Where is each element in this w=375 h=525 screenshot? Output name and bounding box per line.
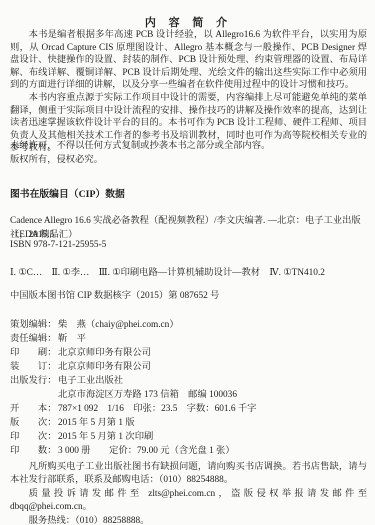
- colophon: 策划编辑：柴 燕（chaiy@phei.com.cn） 责任编辑：靳 平 印 刷…: [10, 318, 367, 458]
- colophon-label: [10, 388, 58, 402]
- notice-service-hotline: 服务热线：（010）88258888。: [10, 515, 367, 525]
- colophon-row-planning-editor: 策划编辑：柴 燕（chaiy@phei.com.cn）: [10, 318, 367, 332]
- colophon-value: 2015 年 5 月第 1 次印刷: [58, 430, 367, 444]
- colophon-row-publisher: 出版发行：电子工业出版社: [10, 374, 367, 388]
- colophon-label: 出版发行：: [10, 374, 58, 388]
- colophon-row-responsible-editor: 责任编辑：靳 平: [10, 332, 367, 346]
- cip-series: （EDA 精品汇）: [10, 226, 367, 240]
- colophon-label: 印 刷：: [10, 346, 58, 360]
- notice-complaint-emails: 质量投诉请发邮件至 zlts@phei.com.cn，盗版侵权举报请发邮件至 d…: [10, 488, 367, 515]
- copyright-line-1: 未经许可，不得以任何方式复制或抄袭本书之部分或全部内容。: [10, 139, 367, 153]
- colophon-label: 印 数：: [10, 444, 58, 458]
- colophon-row-binder: 装 订：北京京师印务有限公司: [10, 360, 367, 374]
- colophon-row-publisher-address: 北京市海淀区万寿路 173 信箱 邮编 100036: [10, 388, 367, 402]
- book-copyright-page: 内 容 简 介 本书是编者根据多年高速 PCB 设计经验，以 Allegro16…: [0, 0, 375, 525]
- colophon-row-edition: 版 次：2015 年 5 月第 1 版: [10, 416, 367, 430]
- colophon-row-format: 开 本：787×1 092 1/16 印张：23.5 字数：601.6 千字: [10, 402, 367, 416]
- page-title: 内 容 简 介: [10, 14, 367, 30]
- colophon-label: 责任编辑：: [10, 332, 58, 346]
- cip-registry-number: 中国版本图书馆 CIP 数据核字（2015）第 087652 号: [10, 287, 367, 301]
- colophon-label: 开 本：: [10, 402, 58, 416]
- content-summary: 本书是编者根据多年高速 PCB 设计经验，以 Allegro16.6 为软件平台…: [10, 29, 367, 155]
- colophon-value: 电子工业出版社: [58, 374, 367, 388]
- notice-exchange: 凡所购买电子工业出版社图书有缺损问题，请向购买书店调换。若书店售缺，请与本社发行…: [10, 461, 367, 488]
- colophon-label: 装 订：: [10, 360, 58, 374]
- colophon-value: 787×1 092 1/16 印张：23.5 字数：601.6 千字: [58, 402, 367, 416]
- colophon-value: 2015 年 5 月第 1 版: [58, 416, 367, 430]
- colophon-value: 北京市海淀区万寿路 173 信箱 邮编 100036: [58, 388, 367, 402]
- colophon-label: 版 次：: [10, 416, 58, 430]
- summary-paragraph-1: 本书是编者根据多年高速 PCB 设计经验，以 Allegro16.6 为软件平台…: [10, 29, 367, 92]
- copyright-line-2: 版权所有，侵权必究。: [10, 153, 367, 167]
- copyright-notice: 未经许可，不得以任何方式复制或抄袭本书之部分或全部内容。 版权所有，侵权必究。: [10, 139, 367, 167]
- colophon-value: 柴 燕（chaiy@phei.com.cn）: [58, 318, 367, 332]
- colophon-value: 北京京师印务有限公司: [58, 360, 367, 374]
- colophon-label: 策划编辑：: [10, 318, 58, 332]
- cip-classification: Ⅰ. ①C… Ⅱ. ①李… Ⅲ. ①印刷电路—计算机辅助设计—教材 Ⅳ. ①TN…: [10, 264, 367, 278]
- colophon-value: 靳 平: [58, 332, 367, 346]
- colophon-row-printer: 印 刷：北京京师印务有限公司: [10, 346, 367, 360]
- colophon-row-impression: 印 次：2015 年 5 月第 1 次印刷: [10, 430, 367, 444]
- cip-isbn: ISBN 978-7-121-25955-5: [10, 240, 367, 250]
- cip-heading: 图书在版编目（CIP）数据: [10, 186, 367, 200]
- colophon-value: 北京京师印务有限公司: [58, 346, 367, 360]
- colophon-label: 印 次：: [10, 430, 58, 444]
- service-notices: 凡所购买电子工业出版社图书有缺损问题，请向购买书店调换。若书店售缺，请与本社发行…: [10, 461, 367, 525]
- colophon-row-print-run-price: 印 数：3 000 册 定价：79.00 元（含光盘 1 张）: [10, 444, 367, 458]
- colophon-value: 3 000 册 定价：79.00 元（含光盘 1 张）: [58, 444, 367, 458]
